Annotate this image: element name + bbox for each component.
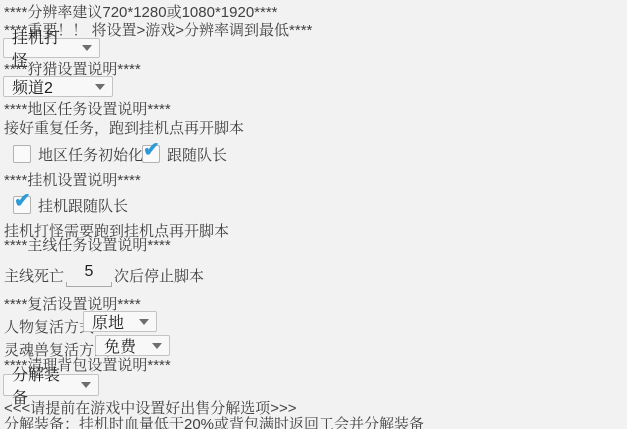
pet-revive-value: 免费 [104,334,136,357]
follow-leader-label: 跟随队长 [167,144,227,165]
main-task-header: ****主线任务设置说明**** [4,237,171,254]
afk-follow-leader-label: 挂机跟随队长 [38,195,128,216]
checkmark-icon: ✔ [143,140,160,160]
checkbox-box[interactable]: ✔ [13,196,31,214]
mode-spinner[interactable]: 挂机打怪 [3,38,100,58]
player-revive-value: 原地 [92,310,124,333]
sell-setting-hint: <<<请提前在游戏中设置好出售分解选项>>> [4,400,297,417]
region-init-label: 地区任务初始化 [38,144,143,165]
follow-leader-checkbox[interactable]: ✔ 跟随队长 [142,145,227,163]
dropdown-arrow-icon [82,45,92,51]
dropdown-arrow-icon [139,319,149,325]
death-count-prefix: 主线死亡 [4,265,64,286]
afk-settings-header: ****挂机设置说明**** [4,172,141,189]
decompose-hint: 分解装备：挂机时血量低于20%或背包满时返回工会并分解装备 [4,416,424,429]
death-count-suffix: 次后停止脚本 [114,265,204,286]
dropdown-arrow-icon [95,84,105,90]
afk-follow-leader-checkbox[interactable]: ✔ 挂机跟随队长 [13,196,128,214]
player-revive-spinner[interactable]: 原地 [83,311,157,332]
channel-spinner[interactable]: 频道2 [3,76,113,97]
region-task-header: ****地区任务设置说明**** [4,101,171,118]
channel-spinner-value: 频道2 [12,75,53,98]
resolution-note: ****分辨率建议720*1280或1080*1920**** [4,4,278,21]
dropdown-arrow-icon [152,343,162,349]
checkbox-box[interactable]: ✔ [13,145,31,163]
region-task-hint: 接好重复任务，跑到挂机点再开脚本 [4,120,244,137]
pet-revive-spinner[interactable]: 免费 [95,335,170,356]
checkmark-icon: ✔ [14,191,31,211]
afk-script-settings-panel: { "colors": { "background": "#f2f2f2", "… [0,0,627,429]
death-count-underline [66,282,112,287]
dropdown-arrow-icon [81,382,91,388]
region-init-checkbox[interactable]: ✔ 地区任务初始化 [13,145,143,163]
bag-clean-spinner[interactable]: 分解装备 [3,374,99,396]
checkbox-box[interactable]: ✔ [142,145,160,163]
